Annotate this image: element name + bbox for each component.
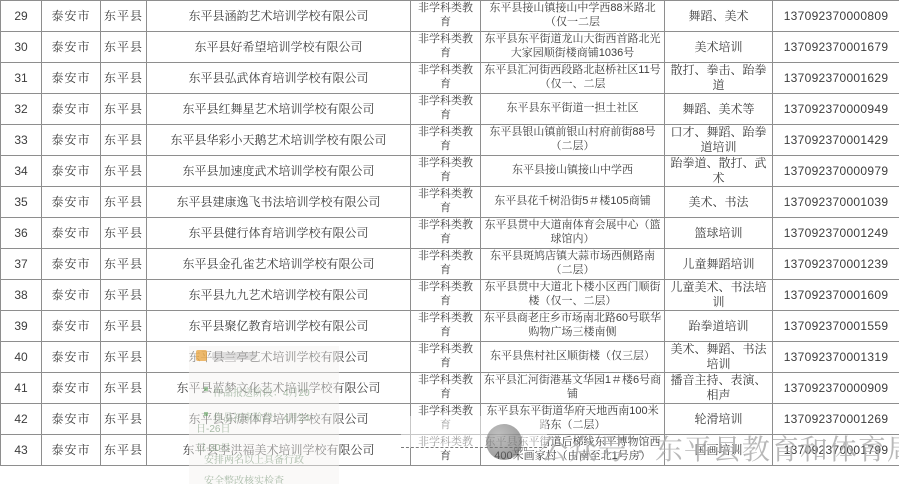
table-row: 33泰安市东平县东平县华彩小天鹅艺术培训学校有限公司非学科类教育东平县银山镇前银… — [1, 125, 899, 156]
cell-license: 137092370000909 — [773, 373, 899, 404]
cell-content: 国画培训 — [665, 435, 773, 466]
cell-address: 东平县汇河街港基文华园1＃楼6号商铺 — [481, 373, 665, 404]
cell-county: 东平县 — [101, 249, 147, 280]
cell-address: 东平县斑鸠店镇大蒜市场西侧路南（二层） — [481, 249, 665, 280]
table-screenshot: 29泰安市东平县东平县涵韵艺术培训学校有限公司非学科类教育东平县接山镇接山中学西… — [0, 0, 899, 484]
cell-content: 儿童美术、书法培训 — [665, 280, 773, 311]
cell-type: 非学科类教育 — [411, 404, 481, 435]
cell-num: 30 — [1, 32, 42, 63]
cell-city: 泰安市 — [42, 1, 101, 32]
cell-city: 泰安市 — [42, 249, 101, 280]
license-table-body: 29泰安市东平县东平县涵韵艺术培训学校有限公司非学科类教育东平县接山镇接山中学西… — [1, 1, 899, 466]
cell-city: 泰安市 — [42, 311, 101, 342]
table-row: 34泰安市东平县东平县加速度武术培训学校有限公司非学科类教育东平县接山镇接山中学… — [1, 156, 899, 187]
table-row: 32泰安市东平县东平县红舞星艺术培训学校有限公司非学科类教育东平县东平街道一担土… — [1, 94, 899, 125]
cell-county: 东平县 — [101, 311, 147, 342]
cell-type: 非学科类教育 — [411, 32, 481, 63]
license-table: 29泰安市东平县东平县涵韵艺术培训学校有限公司非学科类教育东平县接山镇接山中学西… — [0, 0, 899, 466]
cell-county: 东平县 — [101, 373, 147, 404]
cell-num: 33 — [1, 125, 42, 156]
cell-county: 东平县 — [101, 156, 147, 187]
cell-license: 137092370001319 — [773, 342, 899, 373]
cell-license: 137092370001799 — [773, 435, 899, 466]
cell-num: 37 — [1, 249, 42, 280]
cell-num: 39 — [1, 311, 42, 342]
cell-license: 137092370001039 — [773, 187, 899, 218]
cell-name: 东平县聚亿教育培训学校有限公司 — [147, 311, 411, 342]
cell-name: 东平县涵韵艺术培训学校有限公司 — [147, 1, 411, 32]
table-row: 31泰安市东平县东平县弘武体育培训学校有限公司非学科类教育东平县汇河街西段路北赵… — [1, 63, 899, 94]
cell-address: 东平县接山镇接山中学西88米路北（仅一二层 — [481, 1, 665, 32]
table-row: 38泰安市东平县东平县九九艺术培训学校有限公司非学科类教育东平县贯中大道北卜楼小… — [1, 280, 899, 311]
cell-content: 舞蹈、美术 — [665, 1, 773, 32]
cell-num: 35 — [1, 187, 42, 218]
cell-address: 东平县汇河街西段路北赵桥社区11号（仅一、二层 — [481, 63, 665, 94]
cell-content: 播音主持、表演、相声 — [665, 373, 773, 404]
cell-address: 东平县东平街道后梯线东平博物馆西400米画家村（由南至北1号房） — [481, 435, 665, 466]
overlay-text-line: 安全整改核实检查 — [204, 472, 284, 484]
cell-county: 东平县 — [101, 280, 147, 311]
table-row: 42泰安市东平县东平县乐康体育培训学校有限公司非学科类教育东平县东平街道华府天地… — [1, 404, 899, 435]
cell-name: 东平县华彩小天鹅艺术培训学校有限公司 — [147, 125, 411, 156]
cell-content: 跆拳道、散打、武术 — [665, 156, 773, 187]
cell-type: 非学科类教育 — [411, 342, 481, 373]
cell-license: 137092370000809 — [773, 1, 899, 32]
cell-type: 非学科类教育 — [411, 125, 481, 156]
cell-county: 东平县 — [101, 1, 147, 32]
cell-content: 跆拳道培训 — [665, 311, 773, 342]
cell-content: 美术、书法 — [665, 187, 773, 218]
cell-type: 非学科类教育 — [411, 249, 481, 280]
cell-license: 137092370000949 — [773, 94, 899, 125]
cell-license: 137092370001269 — [773, 404, 899, 435]
cell-name: 东平县加速度武术培训学校有限公司 — [147, 156, 411, 187]
table-row: 37泰安市东平县东平县金孔雀艺术培训学校有限公司非学科类教育东平县斑鸠店镇大蒜市… — [1, 249, 899, 280]
cell-num: 29 — [1, 1, 42, 32]
cell-num: 38 — [1, 280, 42, 311]
cell-content: 散打、拳击、跆拳道 — [665, 63, 773, 94]
cell-type: 非学科类教育 — [411, 63, 481, 94]
cell-city: 泰安市 — [42, 218, 101, 249]
cell-type: 非学科类教育 — [411, 218, 481, 249]
cell-type: 非学科类教育 — [411, 280, 481, 311]
cell-name: 东平县建康逸飞书法培训学校有限公司 — [147, 187, 411, 218]
cell-address: 东平县东平街道一担土社区 — [481, 94, 665, 125]
cell-city: 泰安市 — [42, 404, 101, 435]
cell-num: 32 — [1, 94, 42, 125]
table-row: 35泰安市东平县东平县建康逸飞书法培训学校有限公司非学科类教育东平县花千树沿街5… — [1, 187, 899, 218]
cell-county: 东平县 — [101, 218, 147, 249]
cell-content: 美术培训 — [665, 32, 773, 63]
cell-city: 泰安市 — [42, 156, 101, 187]
cell-content: 美术、舞蹈、书法培训 — [665, 342, 773, 373]
cell-type: 非学科类教育 — [411, 1, 481, 32]
cell-city: 泰安市 — [42, 187, 101, 218]
cell-city: 泰安市 — [42, 63, 101, 94]
cell-name: 东平县九九艺术培训学校有限公司 — [147, 280, 411, 311]
cell-county: 东平县 — [101, 187, 147, 218]
cell-address: 东平县贯中大道北卜楼小区西门顺街楼（仅一、二层） — [481, 280, 665, 311]
cell-type: 非学科类教育 — [411, 156, 481, 187]
cell-city: 泰安市 — [42, 373, 101, 404]
cell-license: 137092370000979 — [773, 156, 899, 187]
cell-type: 非学科类教育 — [411, 373, 481, 404]
cell-name: 东平县李洪福美术培训学校有限公司 — [147, 435, 411, 466]
cell-type: 非学科类教育 — [411, 94, 481, 125]
cell-city: 泰安市 — [42, 32, 101, 63]
cell-license: 137092370001609 — [773, 280, 899, 311]
cell-county: 东平县 — [101, 435, 147, 466]
cell-address: 东平县接山镇接山中学西 — [481, 156, 665, 187]
cell-address: 东平县贯中大道南体育会展中心（篮球馆内） — [481, 218, 665, 249]
cell-name: 东平县好希望培训学校有限公司 — [147, 32, 411, 63]
cell-num: 34 — [1, 156, 42, 187]
cell-name: 东平县兰亭艺术培训学校有限公司 — [147, 342, 411, 373]
cell-num: 36 — [1, 218, 42, 249]
cell-address: 东平县商老庄乡市场南北路60号联华购物广场三楼南侧 — [481, 311, 665, 342]
cell-type: 非学科类教育 — [411, 311, 481, 342]
cell-address: 东平县花千树沿街5＃楼105商铺 — [481, 187, 665, 218]
cell-license: 137092370001629 — [773, 63, 899, 94]
cell-license: 137092370001679 — [773, 32, 899, 63]
cell-name: 东平县金孔雀艺术培训学校有限公司 — [147, 249, 411, 280]
cell-content: 舞蹈、美术等 — [665, 94, 773, 125]
cell-city: 泰安市 — [42, 435, 101, 466]
table-row: 39泰安市东平县东平县聚亿教育培训学校有限公司非学科类教育东平县商老庄乡市场南北… — [1, 311, 899, 342]
cell-num: 43 — [1, 435, 42, 466]
cell-type: 非学科类教育 — [411, 435, 481, 466]
cell-num: 31 — [1, 63, 42, 94]
cell-license: 137092370001559 — [773, 311, 899, 342]
cell-license: 137092370001249 — [773, 218, 899, 249]
table-row: 29泰安市东平县东平县涵韵艺术培训学校有限公司非学科类教育东平县接山镇接山中学西… — [1, 1, 899, 32]
cell-address: 东平县焦村社区顺街楼（仅三层） — [481, 342, 665, 373]
cell-type: 非学科类教育 — [411, 187, 481, 218]
cell-license: 137092370001429 — [773, 125, 899, 156]
cell-address: 东平县东平街道龙山大街西首路北光大家园顺街楼商铺1036号 — [481, 32, 665, 63]
cell-county: 东平县 — [101, 32, 147, 63]
cell-county: 东平县 — [101, 94, 147, 125]
table-row: 36泰安市东平县东平县健行体育培训学校有限公司非学科类教育东平县贯中大道南体育会… — [1, 218, 899, 249]
cell-name: 东平县弘武体育培训学校有限公司 — [147, 63, 411, 94]
cell-num: 41 — [1, 373, 42, 404]
cell-content: 篮球培训 — [665, 218, 773, 249]
table-row: 43泰安市东平县东平县李洪福美术培训学校有限公司非学科类教育东平县东平街道后梯线… — [1, 435, 899, 466]
table-row: 40泰安市东平县东平县兰亭艺术培训学校有限公司非学科类教育东平县焦村社区顺街楼（… — [1, 342, 899, 373]
table-row: 30泰安市东平县东平县好希望培训学校有限公司非学科类教育东平县东平街道龙山大街西… — [1, 32, 899, 63]
table-row: 41泰安市东平县东平县蓝梦文化艺术培训学校有限公司非学科类教育东平县汇河街港基文… — [1, 373, 899, 404]
cell-city: 泰安市 — [42, 125, 101, 156]
cell-name: 东平县乐康体育培训学校有限公司 — [147, 404, 411, 435]
cell-license: 137092370001239 — [773, 249, 899, 280]
cell-county: 东平县 — [101, 63, 147, 94]
cell-name: 东平县蓝梦文化艺术培训学校有限公司 — [147, 373, 411, 404]
cell-address: 东平县东平街道华府天地西南100米路东（二层） — [481, 404, 665, 435]
cell-address: 东平县银山镇前银山村府前街88号（二层） — [481, 125, 665, 156]
cell-county: 东平县 — [101, 125, 147, 156]
cell-county: 东平县 — [101, 342, 147, 373]
cell-content: 轮滑培训 — [665, 404, 773, 435]
cell-county: 东平县 — [101, 404, 147, 435]
cell-num: 42 — [1, 404, 42, 435]
cell-content: 儿童舞蹈培训 — [665, 249, 773, 280]
cell-name: 东平县健行体育培训学校有限公司 — [147, 218, 411, 249]
cell-name: 东平县红舞星艺术培训学校有限公司 — [147, 94, 411, 125]
cell-num: 40 — [1, 342, 42, 373]
cell-city: 泰安市 — [42, 94, 101, 125]
cell-city: 泰安市 — [42, 280, 101, 311]
cell-content: 口才、舞蹈、跆拳道培训 — [665, 125, 773, 156]
cell-city: 泰安市 — [42, 342, 101, 373]
